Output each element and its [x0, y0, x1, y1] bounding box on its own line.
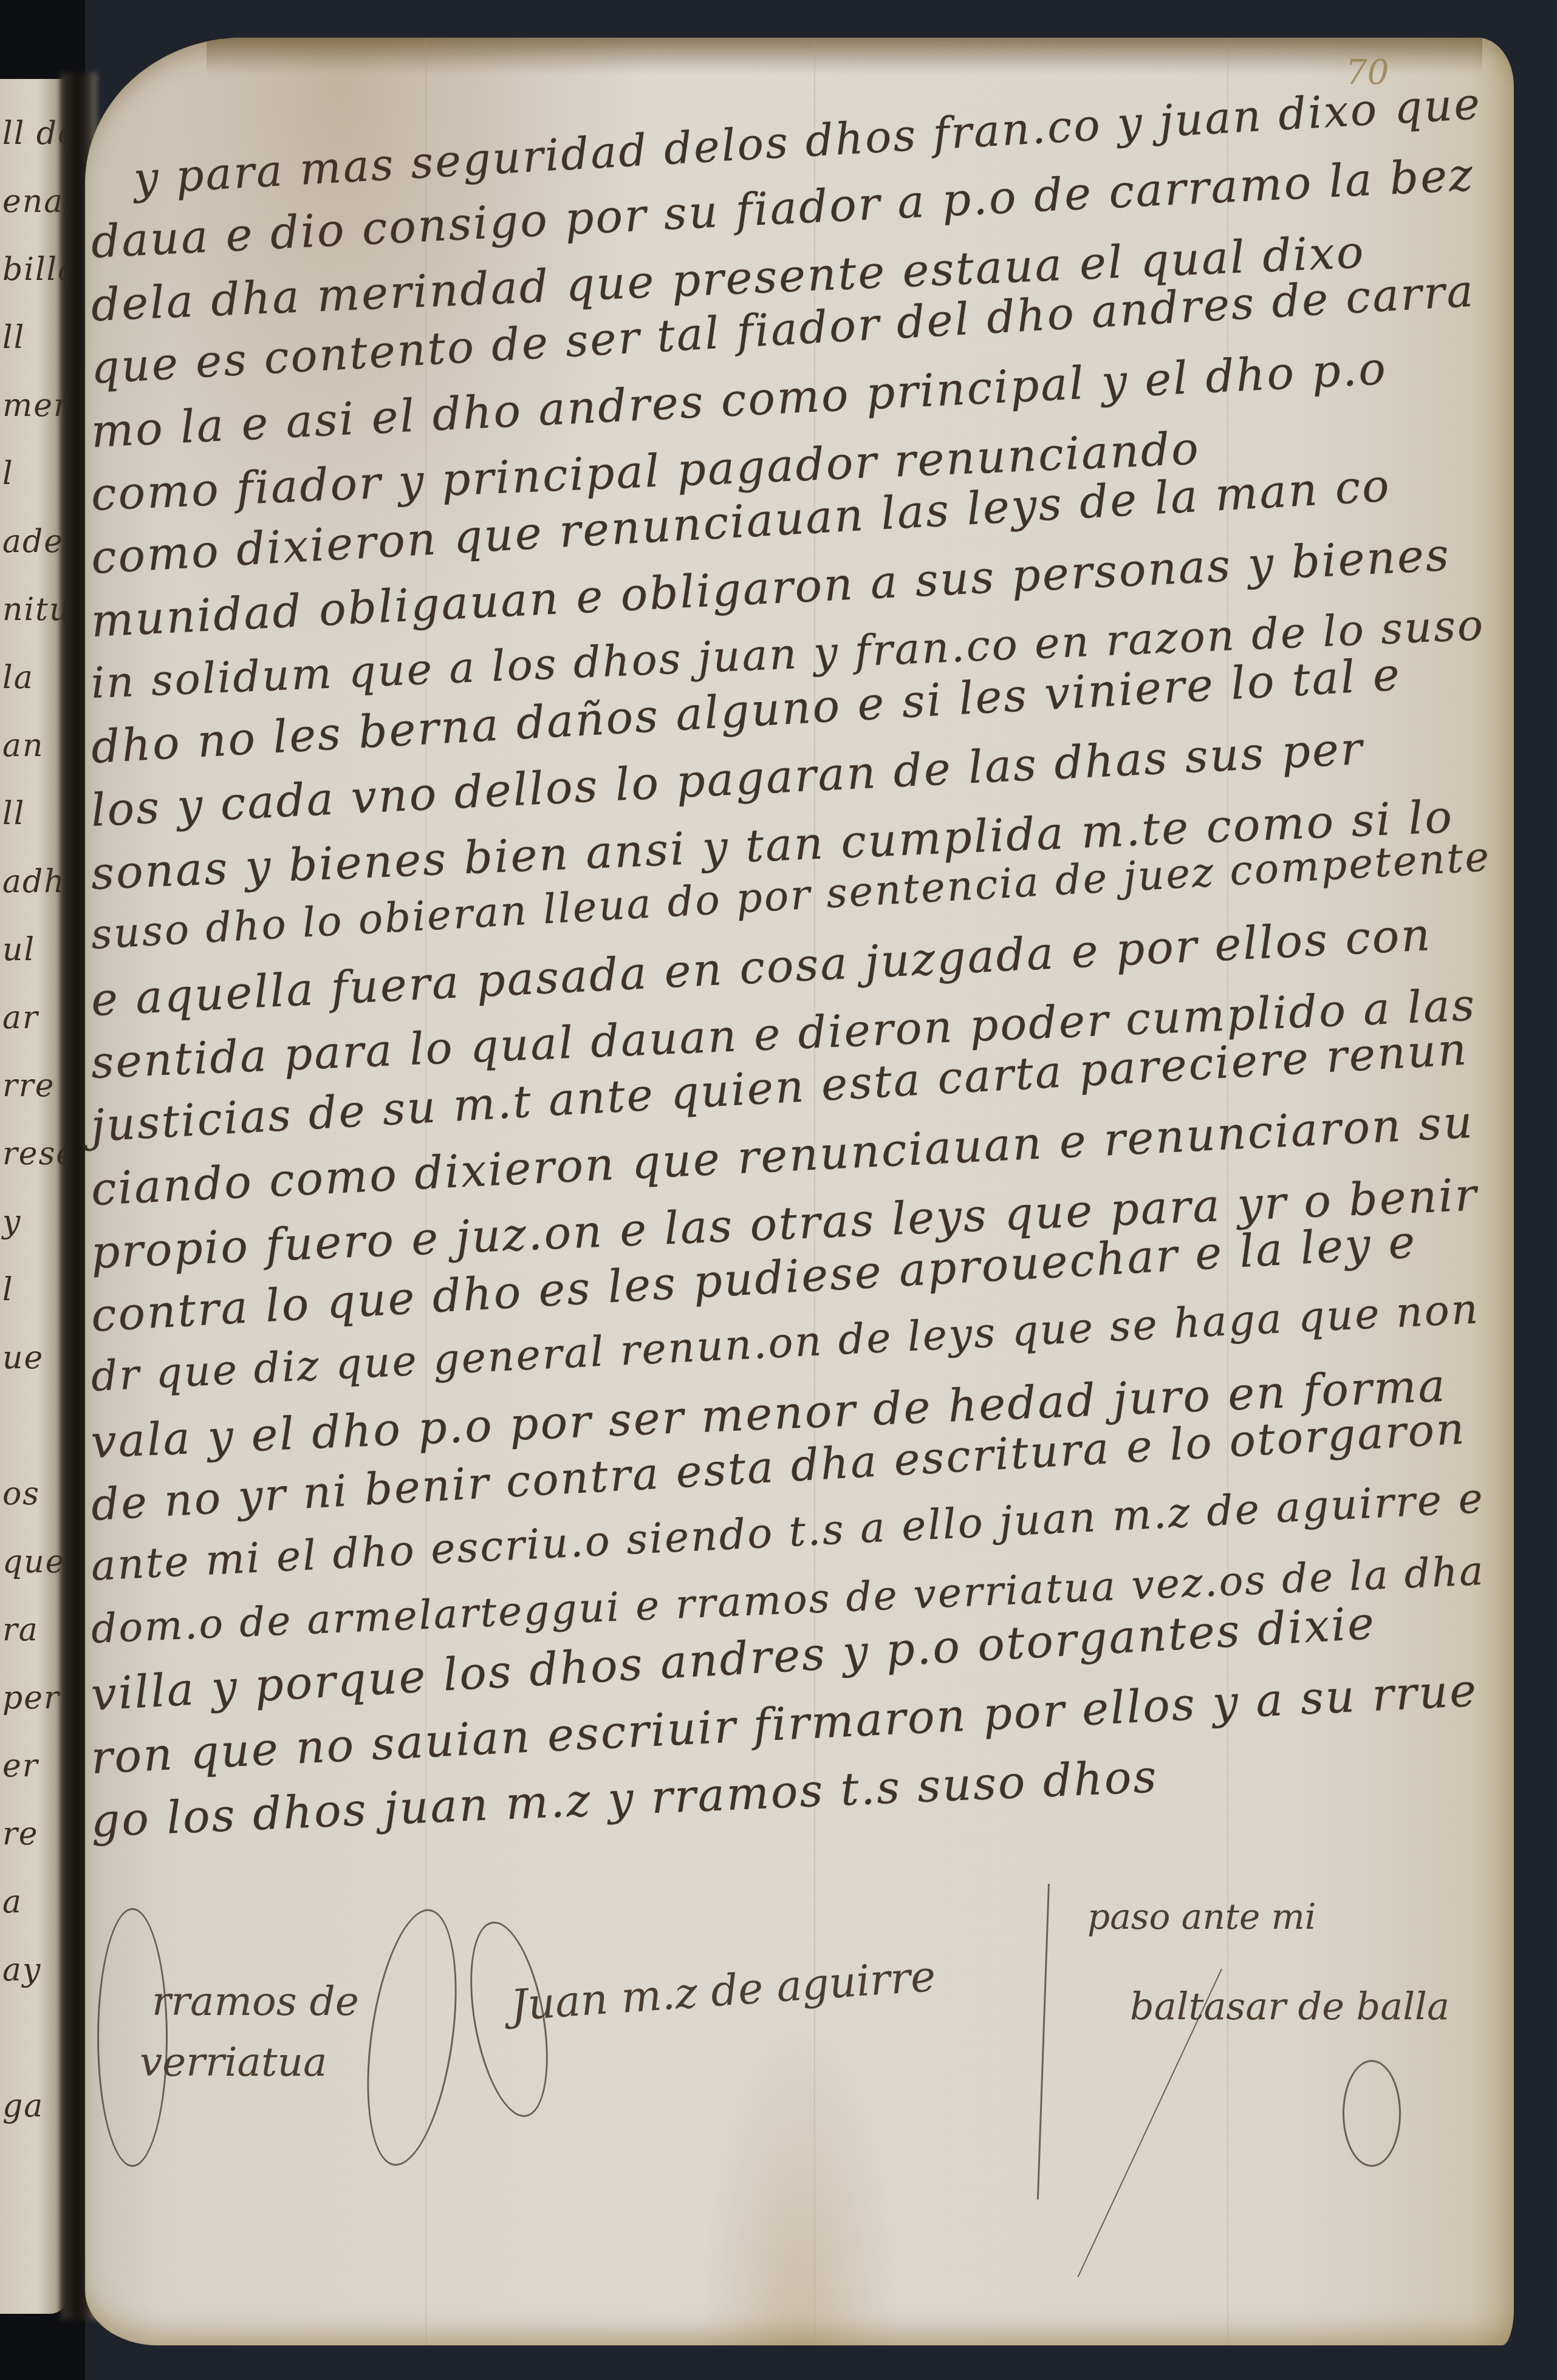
signature-left-line1: rramos de: [152, 1978, 359, 2025]
manuscript-page: 70 y para mas seguridad delos dhos fran.…: [85, 38, 1514, 2345]
top-edge-stain: [207, 38, 1482, 74]
signature-flourish-loop: [97, 1908, 168, 2167]
signature-center: Juan m.z de aguirre: [509, 1951, 937, 2031]
left-facing-page: ll deenasbillallmeriladenitulaanlladheul…: [0, 79, 68, 2314]
left-page-text-fragment: l: [2, 1272, 14, 1308]
left-page-text-fragment: billa: [2, 251, 68, 288]
left-page-text-fragment: ar: [2, 1000, 39, 1036]
signature-flourish-loop: [353, 1904, 471, 2172]
left-page-text-fragment: per: [2, 1680, 60, 1716]
left-page-text-fragment: an: [2, 728, 44, 764]
left-page-text-fragment: enas: [2, 183, 68, 220]
left-page-text-fragment: que: [2, 1544, 66, 1580]
left-page-text-fragment: rre: [2, 1068, 55, 1104]
signature-paso-ante-mi: paso ante mi: [1087, 1896, 1316, 1937]
signature-vertical-stroke: [1037, 1884, 1050, 2200]
left-page-text-fragment: ade: [2, 523, 64, 560]
left-page-text-fragment: ra: [2, 1612, 39, 1648]
left-page-text-fragment: l: [2, 455, 14, 492]
left-page-text-fragment: rese: [2, 1136, 68, 1172]
left-page-text-fragment: ay: [2, 1952, 41, 1988]
left-page-text-fragment: la: [2, 660, 34, 696]
left-page-text-fragment: meri: [2, 387, 68, 424]
left-page-text-fragment: ll: [2, 319, 25, 356]
left-page-text-fragment: ga: [2, 2088, 44, 2124]
left-page-text-fragment: nitu: [2, 592, 68, 628]
left-page-text-fragment: os: [2, 1476, 40, 1512]
signature-notary-name: baltasar de balla: [1130, 1984, 1449, 2028]
left-page-text-fragment: a: [2, 1884, 22, 1920]
notary-rubric-icon: [1343, 2060, 1401, 2167]
left-page-text-fragment: ll: [2, 796, 25, 832]
left-page-text-fragment: adhe: [2, 864, 68, 900]
left-page-text-fragment: re: [2, 1816, 39, 1852]
left-page-text-fragment: ll de: [2, 115, 68, 152]
left-page-text-fragment: ul: [2, 932, 35, 968]
left-page-text-fragment: er: [2, 1748, 39, 1784]
signature-left-line2: verriatua: [140, 2039, 327, 2085]
left-page-text-fragment: y: [2, 1204, 21, 1240]
left-page-text-fragment: ue: [2, 1340, 44, 1376]
